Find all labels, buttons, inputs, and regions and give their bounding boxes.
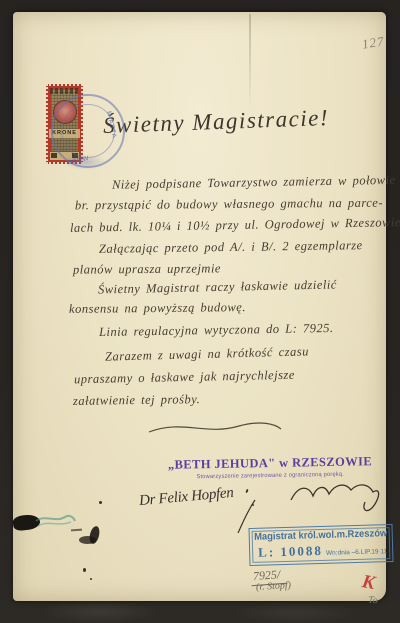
archival-page-number: 127 xyxy=(361,33,386,52)
magistrat-stamp-date: Wn:dnia –6.LIP.19 11 xyxy=(326,548,387,559)
ink-speck xyxy=(99,501,102,504)
letter-line: upraszamy o łaskawe jak najrychlejsze xyxy=(74,368,295,388)
pencil-mark: To xyxy=(368,595,378,607)
letter-line: załatwienie tej prośby. xyxy=(73,392,200,409)
letter-line: konsensu na powyższą budowę. xyxy=(69,300,246,317)
fold-crease xyxy=(249,14,251,110)
teal-pencil-scribble xyxy=(33,509,77,531)
association-stamp-title: „BETH JEHUDA" w RZESZOWIE xyxy=(168,454,372,473)
red-crayon-mark: K xyxy=(360,571,376,595)
letter-line: planów uprasza uprzejmie xyxy=(73,261,221,277)
ink-speck xyxy=(83,568,86,572)
letter-line: lach bud. lk. 10¼ i 10½ przy ul. Ogrodow… xyxy=(70,215,400,236)
round-ink-seal: MIASTA OZOW xyxy=(51,94,125,168)
magistrat-receipt-stamp: Magistrat król.wol.m.Rzeszów L: 10088 Wn… xyxy=(248,524,393,566)
seal-rim-text: OZOW xyxy=(67,156,90,167)
magistrat-stamp-number: L: 10088 xyxy=(258,543,323,561)
seal-rim-text: MIASTA xyxy=(105,111,117,140)
letter-salutation: Świetny Magistracie! xyxy=(103,105,330,139)
letter-line: Załączając przeto pod A/. i B/. 2 egzemp… xyxy=(99,238,363,257)
photo-background: 127 KRONE MIASTA OZOW Świetny Magistraci… xyxy=(0,0,400,623)
magistrat-stamp-registry-line: L: 10088 Wn:dnia –6.LIP.19 11 xyxy=(258,541,386,561)
ink-speck xyxy=(252,504,254,506)
letter-line: Linia regulacyjna wytyczona do L: 7925. xyxy=(99,321,334,340)
pen-flourish xyxy=(143,416,288,440)
background-light-patch xyxy=(40,600,160,623)
ink-speck xyxy=(245,489,248,493)
signature-right xyxy=(285,474,393,516)
ink-smudge xyxy=(79,536,96,544)
magistrat-stamp-title: Magistrat król.wol.m.Rzeszów xyxy=(254,528,388,543)
document-paper: 127 KRONE MIASTA OZOW Świetny Magistraci… xyxy=(13,12,386,601)
ink-speck xyxy=(90,578,92,580)
letter-line: Świetny Magistrat raczy łaskawie udzieli… xyxy=(98,278,337,298)
signature-left: Dr Felix Hopfen xyxy=(138,485,234,510)
letter-line: Zarazem z uwagi na krótkość czasu xyxy=(105,344,309,364)
letter-line: Niżej podpisane Towarzystwo zamierza w p… xyxy=(112,172,400,193)
revenue-stamp-ornament xyxy=(50,88,79,94)
pencil-dash-mark xyxy=(71,529,82,532)
background-light-patch xyxy=(230,602,360,623)
file-note-annotation: (r. Stopf) xyxy=(256,580,292,593)
letter-line: br. przystąpić do budowy własnego gmachu… xyxy=(75,196,383,214)
